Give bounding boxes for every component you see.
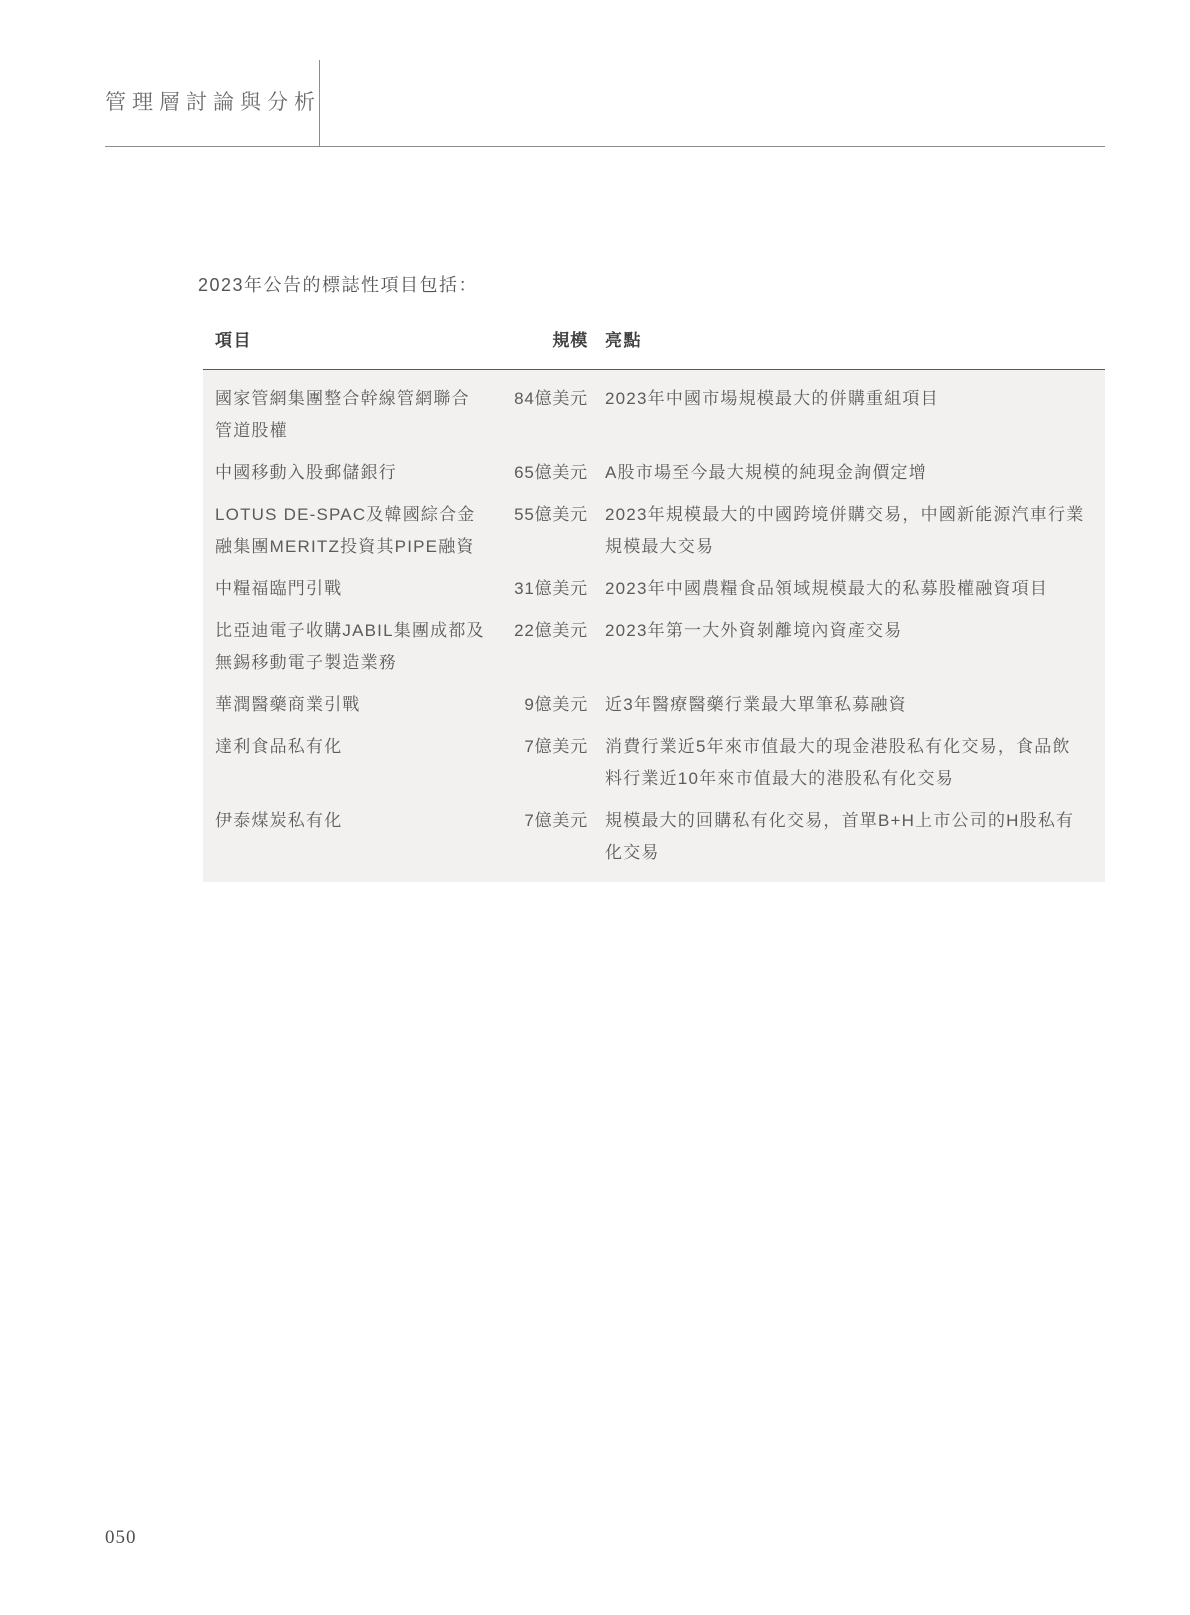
table-row: LOTUS DE-SPAC及韓國綜合金融集團MERITZ投資其PIPE融資55億… xyxy=(203,494,1105,568)
cell-scale: 84億美元 xyxy=(485,383,588,447)
cell-highlight: 2023年中國市場規模最大的併購重組項目 xyxy=(605,383,1105,447)
table-row: 中國移動入股郵儲銀行65億美元A股市場至今最大規模的純現金詢價定增 xyxy=(203,452,1105,494)
table-header-scale: 規模 xyxy=(485,330,588,352)
intro-text: 2023年公告的標誌性項目包括： xyxy=(198,272,478,298)
document-page: 管理層討論與分析 2023年公告的標誌性項目包括： 項目 規模 亮點 國家管網集… xyxy=(0,0,1190,1615)
table-row: 中糧福臨門引戰31億美元2023年中國農糧食品領域規模最大的私募股權融資項目 xyxy=(203,568,1105,610)
page-title: 管理層討論與分析 xyxy=(105,86,321,116)
table-header-item: 項目 xyxy=(203,330,485,352)
cell-item: LOTUS DE-SPAC及韓國綜合金融集團MERITZ投資其PIPE融資 xyxy=(203,499,485,563)
header-horizontal-rule xyxy=(105,146,1105,147)
cell-scale: 55億美元 xyxy=(485,499,588,563)
cell-highlight: 近3年醫療醫藥行業最大單筆私募融資 xyxy=(605,689,1105,721)
table-row: 比亞迪電子收購JABIL集團成都及無錫移動電子製造業務22億美元2023年第一大… xyxy=(203,610,1105,684)
table-row: 國家管網集團整合幹線管網聯合管道股權84億美元2023年中國市場規模最大的併購重… xyxy=(203,378,1105,452)
cell-item: 達利食品私有化 xyxy=(203,731,485,795)
table-row: 達利食品私有化7億美元消費行業近5年來市值最大的現金港股私有化交易，食品飲料行業… xyxy=(203,726,1105,800)
table-body: 國家管網集團整合幹線管網聯合管道股權84億美元2023年中國市場規模最大的併購重… xyxy=(203,370,1105,882)
cell-scale: 22億美元 xyxy=(485,615,588,679)
table-row: 華潤醫藥商業引戰9億美元近3年醫療醫藥行業最大單筆私募融資 xyxy=(203,684,1105,726)
cell-highlight: 2023年第一大外資剝離境內資產交易 xyxy=(605,615,1105,679)
cell-scale: 9億美元 xyxy=(485,689,588,721)
table-row: 伊泰煤炭私有化7億美元規模最大的回購私有化交易，首單B+H上市公司的H股私有化交… xyxy=(203,800,1105,874)
cell-item: 中糧福臨門引戰 xyxy=(203,573,485,605)
cell-scale: 7億美元 xyxy=(485,805,588,869)
page-number: 050 xyxy=(105,1527,137,1549)
landmark-deals-table: 項目 規模 亮點 國家管網集團整合幹線管網聯合管道股權84億美元2023年中國市… xyxy=(203,330,1105,882)
cell-scale: 31億美元 xyxy=(485,573,588,605)
header-vertical-divider xyxy=(319,60,320,146)
cell-item: 比亞迪電子收購JABIL集團成都及無錫移動電子製造業務 xyxy=(203,615,485,679)
cell-item: 伊泰煤炭私有化 xyxy=(203,805,485,869)
cell-scale: 65億美元 xyxy=(485,457,588,489)
cell-item: 華潤醫藥商業引戰 xyxy=(203,689,485,721)
cell-highlight: 規模最大的回購私有化交易，首單B+H上市公司的H股私有化交易 xyxy=(605,805,1105,869)
table-header-row: 項目 規模 亮點 xyxy=(203,330,1105,370)
cell-highlight: 2023年中國農糧食品領域規模最大的私募股權融資項目 xyxy=(605,573,1105,605)
cell-highlight: 消費行業近5年來市值最大的現金港股私有化交易，食品飲料行業近10年來市值最大的港… xyxy=(605,731,1105,795)
table-header-highlight: 亮點 xyxy=(605,330,1105,352)
cell-highlight: A股市場至今最大規模的純現金詢價定增 xyxy=(605,457,1105,489)
cell-scale: 7億美元 xyxy=(485,731,588,795)
cell-highlight: 2023年規模最大的中國跨境併購交易，中國新能源汽車行業規模最大交易 xyxy=(605,499,1105,563)
cell-item: 中國移動入股郵儲銀行 xyxy=(203,457,485,489)
cell-item: 國家管網集團整合幹線管網聯合管道股權 xyxy=(203,383,485,447)
